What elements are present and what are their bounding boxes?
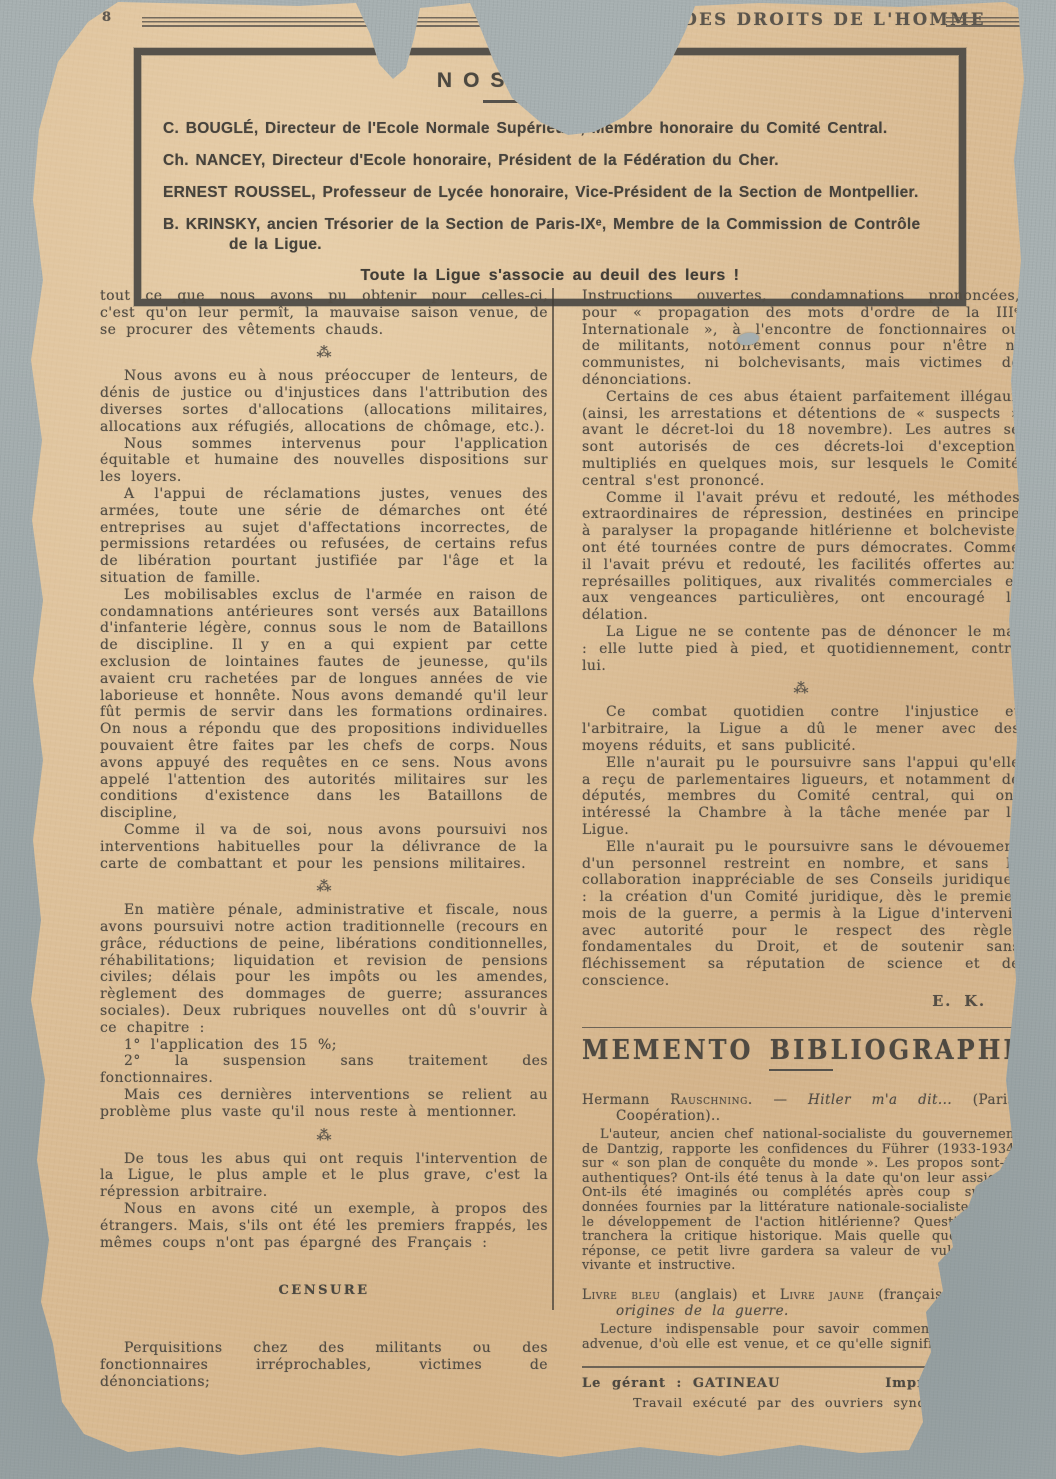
biblio-book-title: Livre bleu: [582, 1287, 661, 1303]
biblio-entry-body: Lecture indispensable pour savoir commen…: [582, 1323, 1020, 1352]
memento-title: MEMENTO BIBLIOGRAPHIQUE: [582, 1041, 1020, 1060]
right-column: Instructions ouvertes, condamnations pro…: [582, 288, 1020, 1411]
memorial-entry: Ch. NANCEY, Directeur d'Ecole honoraire,…: [163, 151, 937, 171]
paragraph: La Ligue ne se contente pas de dénoncer …: [582, 624, 1020, 674]
paragraph: De tous les abus qui ont requis l'interv…: [100, 1151, 548, 1201]
biblio-text: (français): [878, 1287, 948, 1303]
memento-title-underline: [769, 1069, 833, 1071]
biblio-entry-body: L'auteur, ancien chef national-socialist…: [582, 1128, 1020, 1274]
memorial-entry: C. BOUGLÉ, Directeur de l'Ecole Normale …: [163, 119, 937, 139]
list-item: 2° la suspension sans traitement des fon…: [100, 1053, 548, 1087]
masthead-title: S DES DROITS DE L'HOMME: [660, 10, 986, 29]
paragraph: Elle n'aurait pu le poursuivre sans l'ap…: [582, 755, 1020, 839]
imprint-printer: Imprimerie LAF: [885, 1376, 1020, 1393]
paragraph: Mais ces dernières interventions se reli…: [100, 1087, 548, 1121]
biblio-entry-head: Hermann Rauschning. — Hitler m'a dit... …: [582, 1093, 1020, 1124]
asterism-icon: ⁂: [100, 345, 548, 360]
memorial-title: NOS MORTS: [163, 69, 937, 93]
masthead: 8 S DES DROITS DE L'HOMME: [0, 8, 1056, 42]
paragraph: Nous sommes intervenus pour l'applicatio…: [100, 436, 548, 486]
list-item: 1° l'application des 15 %;: [100, 1037, 548, 1054]
paragraph: En matière pénale, administrative et fis…: [100, 902, 548, 1036]
section-rule: [582, 1027, 1020, 1029]
memorial-entry: ERNEST ROUSSEL, Professeur de Lycée hono…: [163, 183, 937, 203]
page-number: 8: [102, 10, 111, 25]
censure-stamp: CENSURE: [100, 1283, 548, 1300]
paragraph: Instructions ouvertes, condamnations pro…: [582, 288, 1020, 389]
torn-newspaper-page: 8 S DES DROITS DE L'HOMME NOS MORTS C. B…: [0, 0, 1056, 1479]
memorial-closing-line: Toute la Ligue s'associe au deuil des le…: [163, 267, 937, 285]
biblio-book-title: Livre jaune: [780, 1287, 864, 1303]
masthead-rule-left: [142, 17, 498, 27]
author-signature: E. K.: [582, 994, 1020, 1011]
paragraph: Comme il l'avait prévu et redouté, les m…: [582, 490, 1020, 624]
biblio-book-title: Hitler m'a dit...: [808, 1092, 952, 1108]
dash: —: [773, 1092, 787, 1108]
biblio-text: (anglais) et: [674, 1287, 766, 1303]
left-column: tout ce que nous avons pu obtenir pour c…: [100, 288, 548, 1391]
asterism-icon: ⁂: [582, 681, 1020, 696]
paragraph: Comme il va de soi, nous avons poursuivi…: [100, 822, 548, 872]
biblio-author: Hermann: [582, 1092, 650, 1108]
paragraph: Certains de ces abus étaient parfaitemen…: [582, 389, 1020, 490]
paragraph: Perquisitions chez des militants ou des …: [100, 1340, 548, 1390]
paragraph: Elle n'aurait pu le poursuivre sans le d…: [582, 839, 1020, 990]
memento-section: MEMENTO BIBLIOGRAPHIQUE Hermann Rauschni…: [582, 1027, 1020, 1412]
memorial-box: NOS MORTS C. BOUGLÉ, Directeur de l'Ecol…: [134, 48, 966, 306]
imprint-row: Le gérant : GATINEAU Imprimerie LAF: [582, 1376, 1020, 1393]
paragraph: Les mobilisables exclus de l'armée en ra…: [100, 587, 548, 822]
imprint-union-note: Travail exécuté par des ouvriers syndiqu…: [582, 1395, 1020, 1412]
memorial-title-underline: [483, 100, 617, 103]
imprint-manager: Le gérant : GATINEAU: [582, 1376, 780, 1393]
paragraph: tout ce que nous avons pu obtenir pour c…: [100, 288, 548, 338]
paragraph: A l'appui de réclamations justes, venues…: [100, 486, 548, 587]
biblio-entry-head: Livre bleu (anglais) et Livre jaune (fra…: [582, 1288, 1020, 1319]
imprint-rule: [582, 1366, 1020, 1368]
memorial-entry: B. KRINSKY, ancien Trésorier de la Secti…: [163, 215, 937, 255]
biblio-author-surname: Rauschning.: [670, 1092, 753, 1108]
paragraph: Nous avons eu à nous préoccuper de lente…: [100, 368, 548, 435]
scanned-bulletin-page: { "separator_glyph": "⁂", "colors": { "p…: [0, 0, 1056, 1479]
masthead-rule-right: [946, 17, 1046, 27]
paragraph: Ce combat quotidien contre l'injustice e…: [582, 704, 1020, 754]
asterism-icon: ⁂: [100, 1128, 548, 1143]
column-divider: [552, 288, 554, 1310]
paragraph: Nous en avons cité un exemple, à propos …: [100, 1201, 548, 1251]
asterism-icon: ⁂: [100, 879, 548, 894]
